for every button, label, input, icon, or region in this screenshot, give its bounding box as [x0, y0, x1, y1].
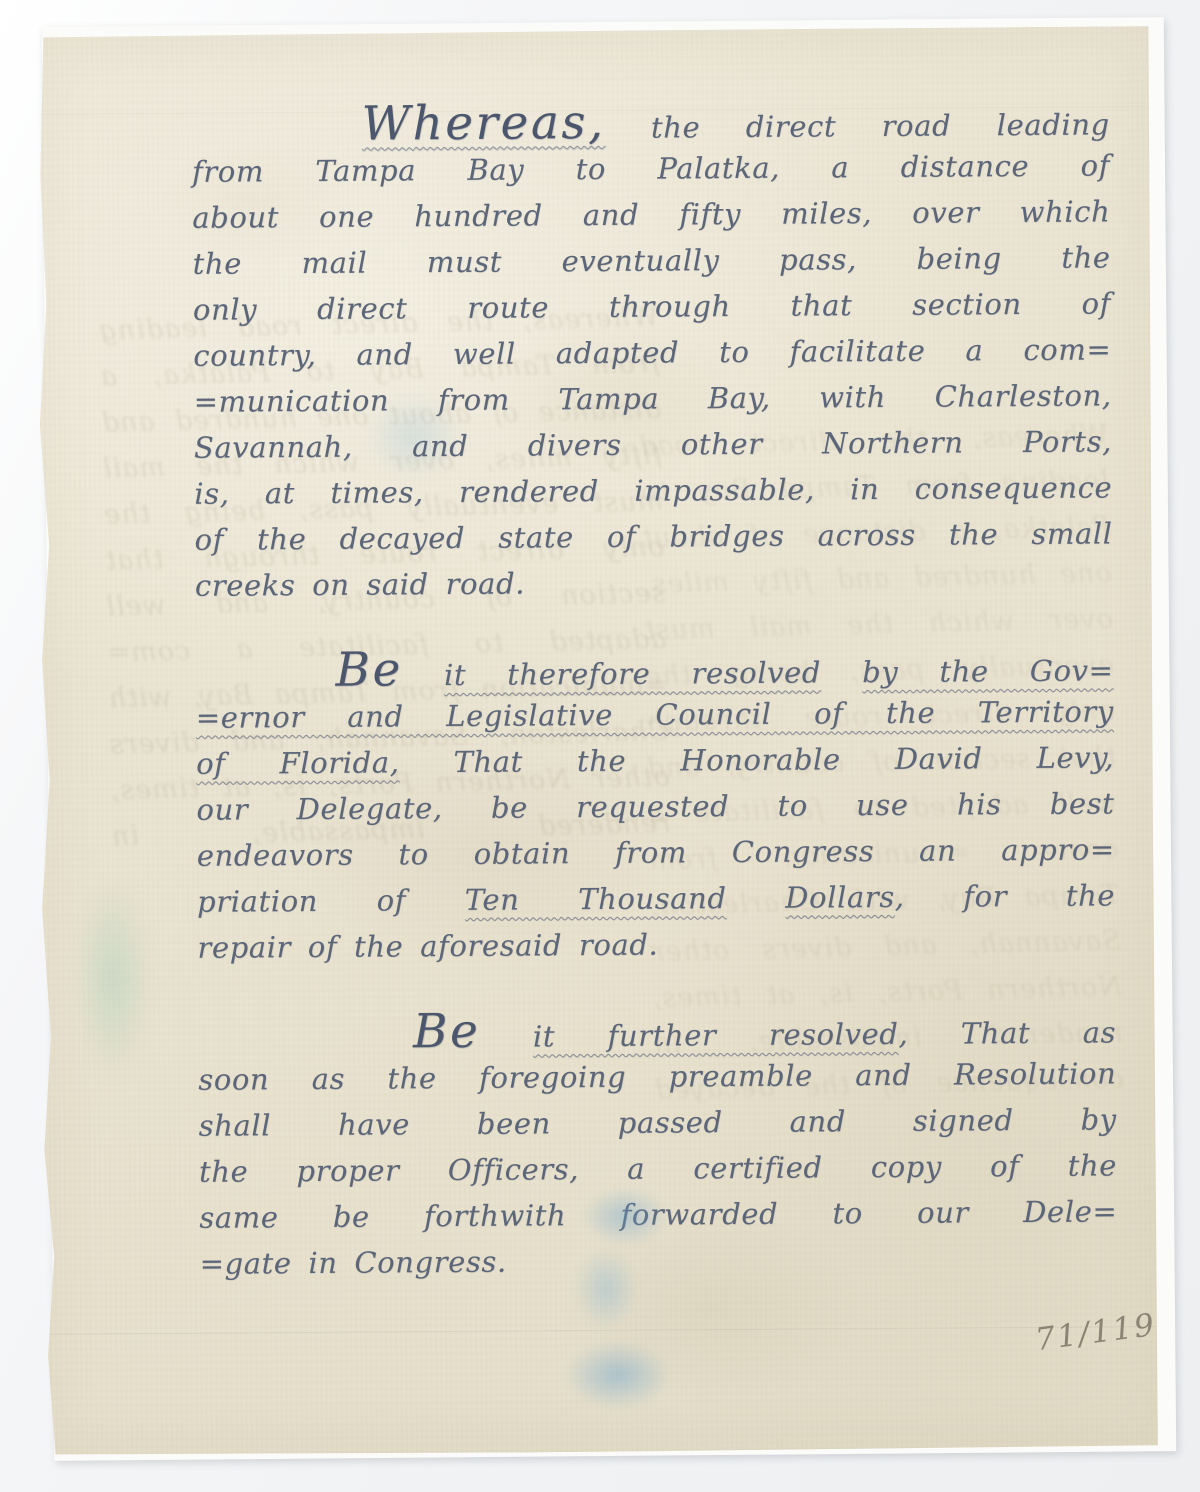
manuscript-line: Whereas, the direct road leading: [192, 96, 1110, 148]
manuscript-text-segment: Be: [413, 1004, 481, 1059]
manuscript-text-segment: , That as: [898, 1015, 1116, 1051]
manuscript-text-segment: by the Gov=: [862, 653, 1114, 689]
manuscript-text-segment: from Tampa Bay to Palatka, a distance of: [192, 148, 1110, 188]
manuscript-line: about one hundred and fifty miles, over …: [192, 188, 1110, 240]
manuscript-line: from Tampa Bay to Palatka, a distance of: [192, 142, 1110, 194]
scan-background: Whereas, the direct road leading from Ta…: [0, 0, 1200, 1492]
manuscript-text-segment: is, at times, rendered impassable, in co…: [194, 470, 1112, 510]
manuscript-text-segment: [403, 658, 444, 692]
manuscript-text-segment: =munication from Tampa Bay, with Charles…: [194, 378, 1112, 418]
manuscript-text-segment: That the Honorable David Levy,: [399, 740, 1114, 779]
manuscript-text-segment: [480, 1019, 533, 1053]
manuscript-text-segment: shall have been passed and signed by: [199, 1102, 1117, 1142]
manuscript-text-segment: Ten Thousand: [465, 881, 727, 917]
manuscript-text-segment: =gate in Congress.: [200, 1245, 507, 1281]
manuscript-line: Savannah, and divers other Northern Port…: [194, 418, 1112, 470]
manuscript-text-segment: Savannah, and divers other Northern Port…: [194, 424, 1112, 464]
manuscript-line: Be it therefore resolved by the Gov=: [195, 642, 1113, 694]
manuscript-line: creeks on said road.: [195, 556, 1113, 608]
manuscript-text: Whereas, the direct road leadingfrom Tam…: [192, 96, 1118, 1286]
manuscript-line: shall have been passed and signed by: [199, 1096, 1117, 1148]
manuscript-line: repair of the aforesaid road.: [197, 918, 1115, 970]
manuscript-line: of the decayed state of bridges across t…: [194, 510, 1112, 562]
manuscript-line: same be forthwith forwarded to our Dele=: [199, 1188, 1117, 1240]
fold-line: [49, 1326, 1156, 1336]
manuscript-text-segment: Be: [335, 642, 403, 697]
manuscript-text-segment: our Delegate, be requested to use his be…: [196, 786, 1114, 826]
manuscript-text-segment: [821, 655, 862, 689]
manuscript-text-segment: priation of: [197, 883, 465, 919]
manuscript-text-segment: country, and well adapted to facilitate …: [193, 332, 1111, 372]
manuscript-text-segment: soon as the foregoing preamble and Resol…: [198, 1056, 1116, 1096]
page-number: 71/119: [1033, 1307, 1158, 1358]
manuscript-line: of Florida, That the Honorable David Lev…: [196, 734, 1114, 786]
manuscript-text-segment: same be forthwith forwarded to our Dele=: [199, 1194, 1117, 1234]
manuscript-text-segment: it further resolved: [533, 1017, 899, 1054]
manuscript-line: the mail must eventually pass, being the: [192, 234, 1110, 286]
manuscript-line: country, and well adapted to facilitate …: [193, 326, 1111, 378]
manuscript-text-segment: the mail must eventually pass, being the: [193, 240, 1111, 280]
manuscript-line: =gate in Congress.: [199, 1234, 1117, 1286]
manuscript-line: =munication from Tampa Bay, with Charles…: [193, 372, 1111, 424]
stain-green-left-edge: [55, 828, 172, 1129]
manuscript-line: only direct route through that section o…: [193, 280, 1111, 332]
manuscript-text-segment: endeavors to obtain from Congress an app…: [197, 832, 1115, 872]
manuscript-line: our Delegate, be requested to use his be…: [196, 780, 1114, 832]
manuscript-page: Whereas, the direct road leading from Ta…: [31, 26, 1159, 1456]
manuscript-text-segment: [726, 881, 785, 915]
manuscript-text-segment: =ernor and Legislative Council of the Te…: [196, 694, 1114, 734]
manuscript-text-segment: the proper Officers, a certified copy of…: [199, 1148, 1117, 1188]
manuscript-text-segment: Whereas,: [361, 95, 605, 152]
manuscript-line: priation of Ten Thousand Dollars, for th…: [197, 872, 1115, 924]
manuscript-text-segment: , for the: [895, 878, 1116, 914]
manuscript-line: soon as the foregoing preamble and Resol…: [198, 1050, 1116, 1102]
manuscript-line: Be it further resolved, That as: [198, 1004, 1116, 1056]
manuscript-line: is, at times, rendered impassable, in co…: [194, 464, 1112, 516]
manuscript-line: the proper Officers, a certified copy of…: [199, 1142, 1117, 1194]
manuscript-text-segment: repair of the aforesaid road.: [197, 928, 658, 965]
manuscript-text-segment: it therefore resolved: [444, 655, 821, 692]
manuscript-line: =ernor and Legislative Council of the Te…: [196, 688, 1114, 740]
manuscript-text-segment: about one hundred and fifty miles, over …: [192, 194, 1110, 234]
manuscript-line: endeavors to obtain from Congress an app…: [197, 826, 1115, 878]
manuscript-text-segment: Dollars: [785, 880, 895, 915]
manuscript-text-segment: the direct road leading: [605, 107, 1109, 145]
manuscript-text-segment: only direct route through that section o…: [193, 286, 1111, 326]
manuscript-text-segment: of the decayed state of bridges across t…: [194, 516, 1112, 556]
manuscript-text-segment: of Florida,: [196, 745, 400, 780]
manuscript-text-segment: creeks on said road.: [195, 566, 525, 602]
